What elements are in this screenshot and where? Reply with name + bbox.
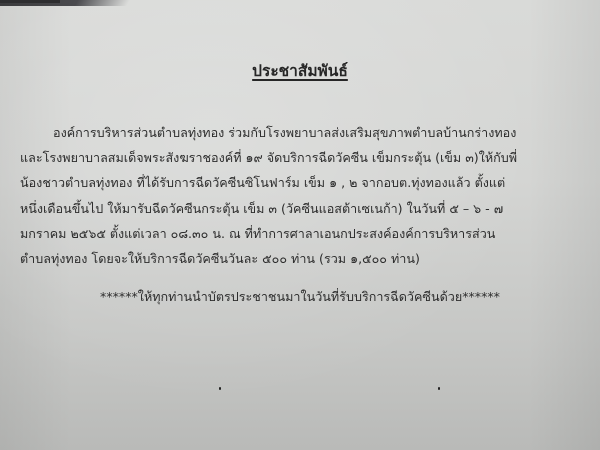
body-line: หนึ่งเดือนขึ้นไป ให้มารับฉีดวัคซีนกระตุ้… — [20, 196, 585, 221]
notice-title-text: ประชาสัมพันธ์ — [252, 62, 348, 80]
body-line: น้องชาวตำบลทุ่งทอง ที่ได้รับการฉีดวัคซีน… — [20, 170, 585, 195]
paper-speck — [219, 387, 221, 390]
top-edge-shadow-dark — [0, 0, 60, 3]
body-line: ตำบลทุ่งทอง โดยจะให้บริการฉีดวัคซีนวันละ… — [20, 246, 585, 271]
paper-speck — [438, 387, 440, 390]
body-line: มกราคม ๒๕๖๕ ตั้งแต่เวลา ๐๘.๓๐ น. ณ ที่ทำ… — [20, 221, 585, 246]
body-line: องค์การบริหารส่วนตำบลทุ่งทอง ร่วมกับโรงพ… — [20, 120, 585, 145]
notice-title: ประชาสัมพันธ์ — [0, 58, 600, 83]
body-line: และโรงพยาบาลสมเด็จพระสังฆราชองค์ที่ ๑๙ จ… — [20, 145, 585, 170]
notice-body: องค์การบริหารส่วนตำบลทุ่งทอง ร่วมกับโรงพ… — [20, 120, 585, 271]
footer-note: ******ให้ทุกท่านนำบัตรประชาชนมาในวันที่ร… — [0, 287, 600, 307]
